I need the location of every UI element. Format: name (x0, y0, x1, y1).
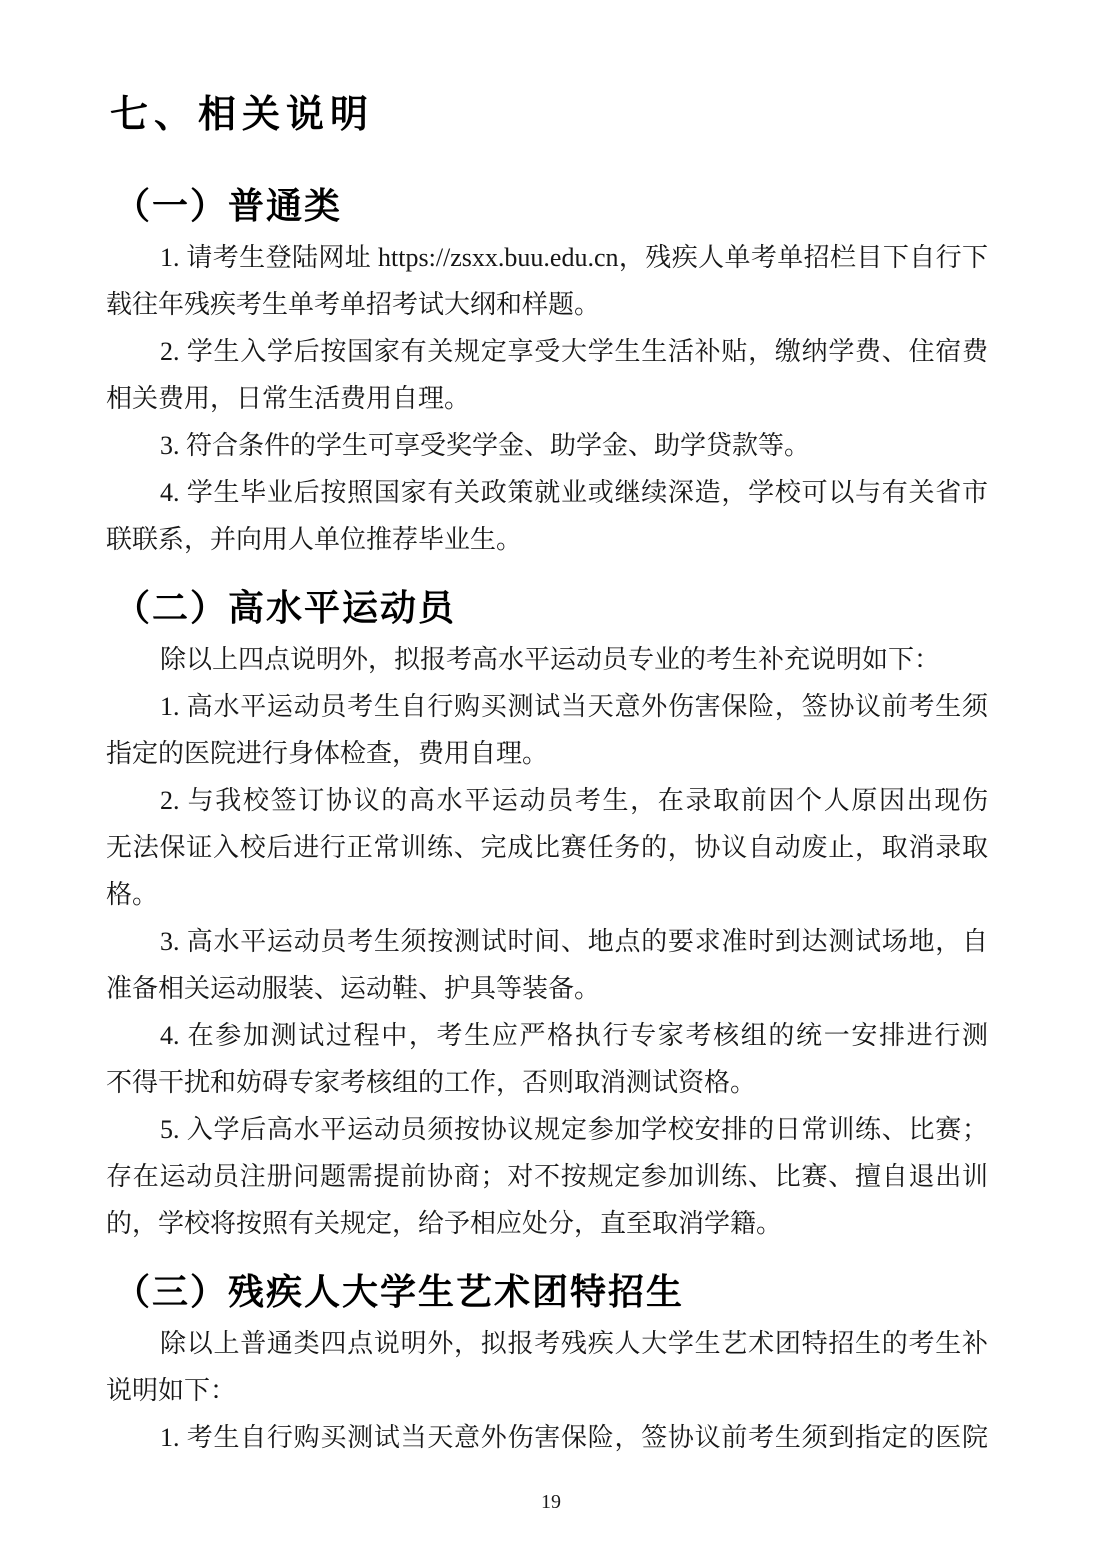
text-line: 相关费用，日常生活费用自理。 (106, 375, 988, 422)
text-line: 3. 高水平运动员考生须按测试时间、地点的要求准时到达测试场地，自行 (106, 918, 988, 965)
section-ordinary: （一）普通类1. 请考生登陆网址 https://zsxx.buu.edu.cn… (106, 184, 988, 563)
paragraph: 除以上普通类四点说明外，拟报考残疾人大学生艺术团特招生的考生补充说明如下： (106, 1320, 988, 1414)
text-segment: 联联系，并向用人单位推荐毕业生。 (106, 525, 522, 554)
text-segment: 不得干扰和妨碍专家考核组的工作，否则取消测试资格。 (106, 1068, 756, 1097)
text-line: 2. 与我校签订协议的高水平运动员考生，在录取前因个人原因出现伤病， (106, 777, 988, 824)
paragraph: 4. 学生毕业后按照国家有关政策就业或继续深造，学校可以与有关省市残联联系，并向… (106, 469, 988, 563)
section-disabled-art-troupe: （三）残疾人大学生艺术团特招生除以上普通类四点说明外，拟报考残疾人大学生艺术团特… (106, 1270, 988, 1461)
text-segment: 相关费用，日常生活费用自理。 (106, 384, 470, 413)
document-title: 七、相关说明 (110, 92, 988, 138)
text-line: 的，学校将按照有关规定，给予相应处分，直至取消学籍。 (106, 1200, 988, 1247)
section-high-level-athletes: （二）高水平运动员除以上四点说明外，拟报考高水平运动员专业的考生补充说明如下：1… (106, 586, 988, 1247)
text-segment: 1. 请考生登陆网址 (160, 243, 378, 272)
text-line: 1. 考生自行购买测试当天意外伤害保险，签协议前考生须到指定的医院进 (106, 1414, 988, 1461)
text-line: 5. 入学后高水平运动员须按协议规定参加学校安排的日常训练、比赛；如 (106, 1106, 988, 1153)
text-segment: 4. 在参加测试过程中，考生应严格执行专家考核组的统一安排进行测试， (106, 1021, 988, 1059)
text-segment: 说明如下： (106, 1376, 236, 1405)
text-segment: 无法保证入校后进行正常训练、完成比赛任务的，协议自动废止，取消录取资 (106, 833, 988, 871)
text-line: 说明如下： (106, 1367, 988, 1414)
text-segment: 5. 入学后高水平运动员须按协议规定参加学校安排的日常训练、比赛；如 (106, 1115, 988, 1153)
paragraph: 3. 高水平运动员考生须按测试时间、地点的要求准时到达测试场地，自行准备相关运动… (106, 918, 988, 1012)
text-line: 无法保证入校后进行正常训练、完成比赛任务的，协议自动废止，取消录取资 (106, 824, 988, 871)
text-segment: 2. 与我校签订协议的高水平运动员考生，在录取前因个人原因出现伤病， (106, 786, 988, 824)
paragraph: 2. 学生入学后按国家有关规定享受大学生生活补贴，缴纳学费、住宿费等相关费用，日… (106, 328, 988, 422)
section-heading: （三）残疾人大学生艺术团特招生 (114, 1270, 988, 1314)
text-segment: 指定的医院进行身体检查，费用自理。 (106, 739, 548, 768)
text-line: 存在运动员注册问题需提前协商；对不按规定参加训练、比赛、擅自退出训练 (106, 1153, 988, 1200)
text-line: 载往年残疾考生单考单招考试大纲和样题。 (106, 281, 988, 328)
paragraph: 4. 在参加测试过程中，考生应严格执行专家考核组的统一安排进行测试，不得干扰和妨… (106, 1012, 988, 1106)
text-segment: 准备相关运动服装、运动鞋、护具等装备。 (106, 974, 600, 1003)
text-segment: 1. 高水平运动员考生自行购买测试当天意外伤害保险，签协议前考生须到 (106, 692, 988, 730)
text-segment: 存在运动员注册问题需提前协商；对不按规定参加训练、比赛、擅自退出训练 (106, 1162, 988, 1200)
section-heading: （一）普通类 (114, 184, 988, 228)
text-line: 指定的医院进行身体检查，费用自理。 (106, 730, 988, 777)
paragraph: 1. 高水平运动员考生自行购买测试当天意外伤害保险，签协议前考生须到指定的医院进… (106, 683, 988, 777)
text-segment: 4. 学生毕业后按照国家有关政策就业或继续深造，学校可以与有关省市残 (106, 478, 988, 516)
text-segment: ，残疾人单考单招栏目下自行下 (619, 243, 988, 272)
paragraph: 1. 考生自行购买测试当天意外伤害保险，签协议前考生须到指定的医院进 (106, 1414, 988, 1461)
paragraph: 1. 请考生登陆网址 https://zsxx.buu.edu.cn，残疾人单考… (106, 234, 988, 328)
url-text: https://zsxx.buu.edu.cn (378, 243, 618, 272)
text-line: 除以上普通类四点说明外，拟报考残疾人大学生艺术团特招生的考生补充 (106, 1320, 988, 1367)
text-segment: 载往年残疾考生单考单招考试大纲和样题。 (106, 290, 600, 319)
text-line: 准备相关运动服装、运动鞋、护具等装备。 (106, 965, 988, 1012)
document-page: 七、相关说明 （一）普通类1. 请考生登陆网址 https://zsxx.buu… (0, 0, 1102, 1559)
text-line: 不得干扰和妨碍专家考核组的工作，否则取消测试资格。 (106, 1059, 988, 1106)
section-heading: （二）高水平运动员 (114, 586, 988, 630)
text-line: 1. 请考生登陆网址 https://zsxx.buu.edu.cn，残疾人单考… (106, 234, 988, 281)
text-segment: 3. 高水平运动员考生须按测试时间、地点的要求准时到达测试场地，自行 (106, 927, 988, 965)
text-segment: 除以上普通类四点说明外，拟报考残疾人大学生艺术团特招生的考生补充 (106, 1329, 988, 1367)
text-segment: 1. 考生自行购买测试当天意外伤害保险，签协议前考生须到指定的医院进 (106, 1423, 988, 1461)
text-line: 1. 高水平运动员考生自行购买测试当天意外伤害保险，签协议前考生须到 (106, 683, 988, 730)
paragraph: 3. 符合条件的学生可享受奖学金、助学金、助学贷款等。 (106, 422, 988, 469)
page-number: 19 (0, 1490, 1102, 1514)
text-line: 4. 学生毕业后按照国家有关政策就业或继续深造，学校可以与有关省市残 (106, 469, 988, 516)
text-line: 4. 在参加测试过程中，考生应严格执行专家考核组的统一安排进行测试， (106, 1012, 988, 1059)
paragraph: 2. 与我校签订协议的高水平运动员考生，在录取前因个人原因出现伤病，无法保证入校… (106, 777, 988, 918)
text-line: 3. 符合条件的学生可享受奖学金、助学金、助学贷款等。 (106, 422, 988, 469)
document-body: （一）普通类1. 请考生登陆网址 https://zsxx.buu.edu.cn… (106, 184, 988, 1461)
paragraph: 除以上四点说明外，拟报考高水平运动员专业的考生补充说明如下： (106, 636, 988, 683)
text-line: 2. 学生入学后按国家有关规定享受大学生生活补贴，缴纳学费、住宿费等 (106, 328, 988, 375)
text-line: 格。 (106, 871, 988, 918)
text-segment: 格。 (106, 880, 158, 909)
paragraph: 5. 入学后高水平运动员须按协议规定参加学校安排的日常训练、比赛；如存在运动员注… (106, 1106, 988, 1247)
text-line: 联联系，并向用人单位推荐毕业生。 (106, 516, 988, 563)
text-segment: 3. 符合条件的学生可享受奖学金、助学金、助学贷款等。 (160, 431, 810, 460)
text-segment: 除以上四点说明外，拟报考高水平运动员专业的考生补充说明如下： (160, 645, 940, 674)
text-segment: 的，学校将按照有关规定，给予相应处分，直至取消学籍。 (106, 1209, 782, 1238)
text-segment: 2. 学生入学后按国家有关规定享受大学生生活补贴，缴纳学费、住宿费等 (106, 337, 988, 375)
text-line: 除以上四点说明外，拟报考高水平运动员专业的考生补充说明如下： (106, 636, 988, 683)
